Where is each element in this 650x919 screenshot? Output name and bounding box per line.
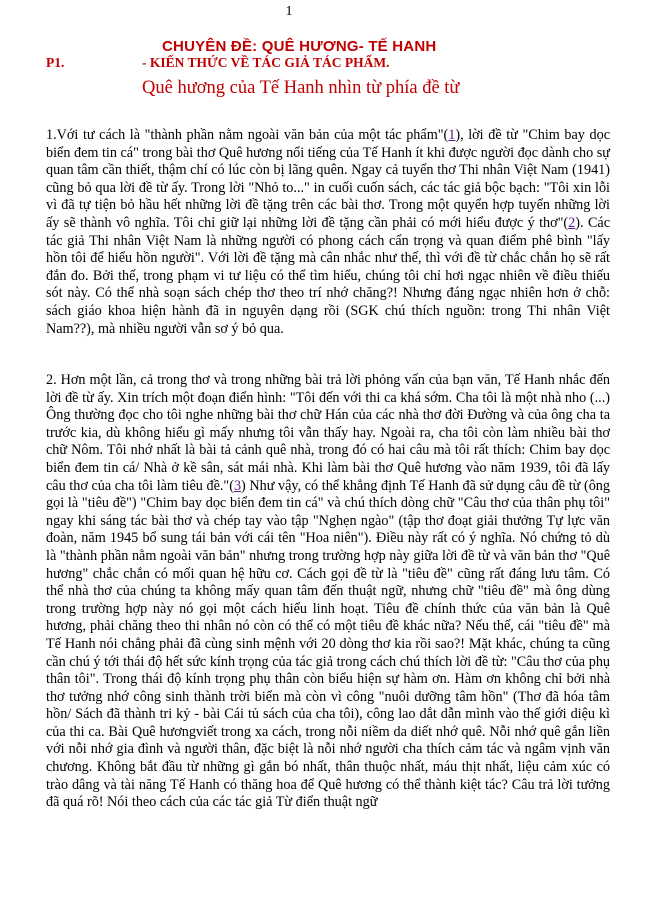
section-label: P1. xyxy=(46,55,64,71)
paragraph-text: 1.Với tư cách là "thành phần nằm ngoài v… xyxy=(46,127,448,143)
paragraph-2: 2. Hơn một lần, cả trong thơ và trong nh… xyxy=(46,372,610,812)
page-number: 1 xyxy=(0,4,614,20)
section-title: - KIẾN THỨC VỀ TÁC GIẢ TÁC PHẨM. xyxy=(142,55,390,71)
article-title: Quê hương của Tế Hanh nhìn từ phía đề từ xyxy=(142,78,459,99)
paragraph-text: ). Các tác giả Thi nhân Việt Nam là nhữn… xyxy=(46,215,610,337)
paragraph-text: ) Như vậy, có thể khẳng định Tế Hanh đã … xyxy=(46,478,610,811)
footnote-link-3[interactable]: 3 xyxy=(234,478,241,494)
paragraph-text: 2. Hơn một lần, cả trong thơ và trong nh… xyxy=(46,372,610,494)
document-page: 1 CHUYÊN ĐỀ: QUÊ HƯƠNG- TẾ HANH P1. - KI… xyxy=(0,0,650,919)
paragraph-1: 1.Với tư cách là "thành phần nằm ngoài v… xyxy=(46,127,610,338)
topic-heading: CHUYÊN ĐỀ: QUÊ HƯƠNG- TẾ HANH xyxy=(162,38,436,55)
